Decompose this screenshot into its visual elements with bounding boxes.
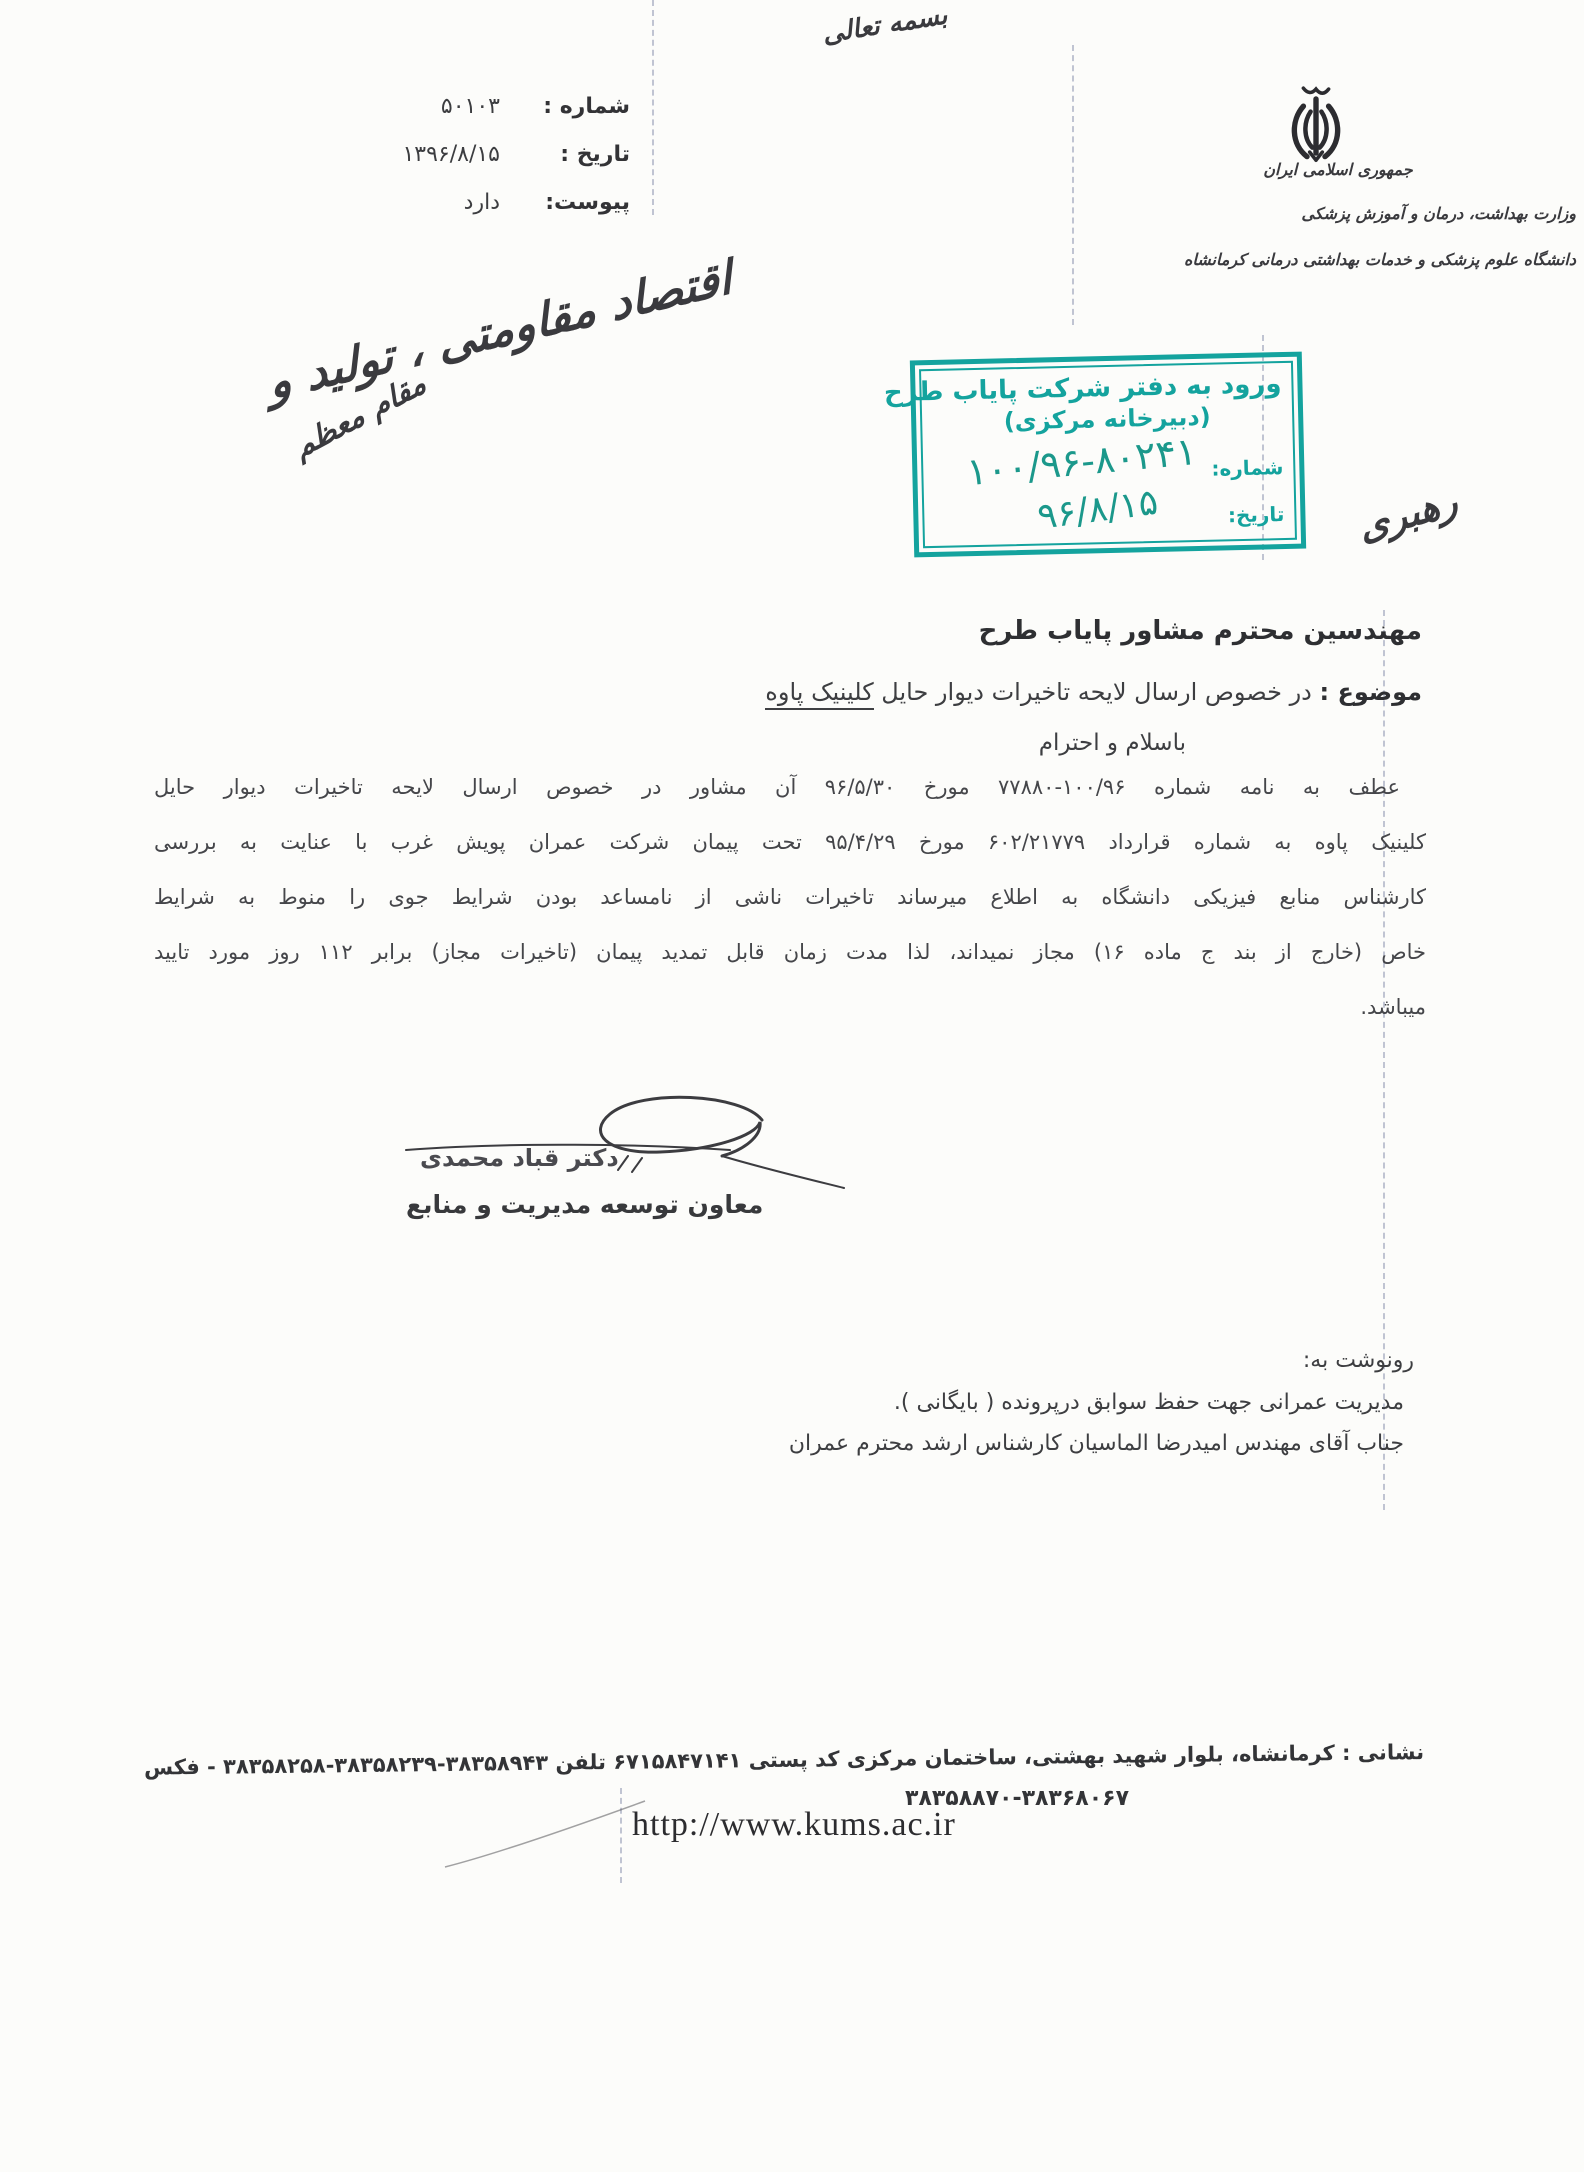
website-url: http://www.kums.ac.ir [632,1806,956,1844]
iran-emblem-icon [1280,80,1352,172]
scan-fold-line [1072,45,1074,325]
cc-item: جناب آقای مهندس امیدرضا الماسیان کارشناس… [789,1431,1404,1456]
bismillah-calligraphy: بسمه تعالی [820,0,949,49]
entry-stamp-subtitle: (دبیرخانه مرکزی) [932,401,1283,437]
letter-date-value: ۱۳۹۶/۸/۱۵ [402,142,500,167]
body-line: میباشد. [154,980,1426,1035]
letter-attachment-label: پیوست: [538,190,630,215]
letter-meta-block: شماره : ۵۰۱۰۳ تاریخ : ۱۳۹۶/۸/۱۵ پیوست: د… [300,82,630,226]
letter-number-value: ۵۰۱۰۳ [441,94,500,119]
entry-stamp-date-label: تاریخ: [1228,502,1285,527]
entry-stamp-number-handwritten: ۱۰۰/۹۶-۸۰۲۴۱ [965,429,1199,494]
cc-label: رونوشت به: [1303,1348,1414,1373]
letterhead-ministry: وزارت بهداشت، درمان و آموزش پزشکی [1301,204,1576,223]
letterhead-university: دانشگاه علوم پزشکی و خدمات بهداشتی درمان… [1184,250,1576,269]
slogan-calligraphy-leader: رهبری [1356,478,1460,549]
scan-fold-line [1383,610,1385,1510]
subject-text: در خصوص ارسال لایحه تاخیرات دیوار حایل [881,678,1312,706]
cc-item: مدیریت عمرانی جهت حفظ سوابق درپرونده ( ب… [894,1390,1404,1415]
letter-attachment-value: دارد [464,190,500,215]
letter-number-label: شماره : [538,94,630,119]
recipient-line: مهندسین محترم مشاور پایاب طرح [979,616,1422,646]
letter-body: عطف به نامه شماره ۱۰۰/۹۶-۷۷۸۸۰ مورخ ۹۶/۵… [154,760,1426,1035]
slogan-calligraphy-main: اقتصاد مقاومتی ، تولید و [266,250,734,410]
entry-stamp-date-handwritten: ۹۶/۸/۱۵ [1035,482,1160,538]
scan-stray-line [440,1795,650,1875]
salutation-line: باسلام و احترام [1039,730,1186,756]
subject-underlined-text: کلینیک پاوه [765,678,873,710]
footer-address-line: نشانی : کرمانشاه، بلوار شهید بهشتی، ساخت… [144,1740,1424,1780]
body-line: عطف به نامه شماره ۱۰۰/۹۶-۷۷۸۸۰ مورخ ۹۶/۵… [154,760,1426,815]
letter-date-label: تاریخ : [538,142,630,167]
letter-number-row: شماره : ۵۰۱۰۳ [300,82,630,130]
body-line: کارشناس منابع فیزیکی دانشگاه به اطلاع می… [154,870,1426,925]
body-line: کلینیک پاوه به شماره قرارداد ۶۰۲/۲۱۷۷۹ م… [154,815,1426,870]
letter-date-row: تاریخ : ۱۳۹۶/۸/۱۵ [300,130,630,178]
entry-stamp: ورود به دفتر شرکت پایاب طرح (دبیرخانه مر… [910,352,1306,558]
signer-title: معاون توسعه مدیریت و منابع [406,1190,763,1219]
entry-stamp-number-row: شماره: ۱۰۰/۹۶-۸۰۲۴۱ [933,435,1284,487]
scan-fold-line [652,0,654,215]
letterhead-country: جمهوری اسلامی ایران [1238,160,1438,179]
scanned-letter-page: بسمه تعالی شماره : ۵۰۱۰۳ تاریخ : ۱۳۹۶/۸/… [0,0,1584,2172]
subject-label: موضوع : [1320,678,1423,706]
signer-name: دکتر قباد محمدی [420,1144,619,1172]
body-line: خاص (خارج از بند ج ماده ۱۶) مجاز نمیداند… [154,925,1426,980]
entry-stamp-number-label: شماره: [1211,455,1283,481]
letter-attachment-row: پیوست: دارد [300,178,630,226]
entry-stamp-frame: ورود به دفتر شرکت پایاب طرح (دبیرخانه مر… [919,361,1297,548]
subject-line: موضوع : در خصوص ارسال لایحه تاخیرات دیوا… [765,678,1422,706]
